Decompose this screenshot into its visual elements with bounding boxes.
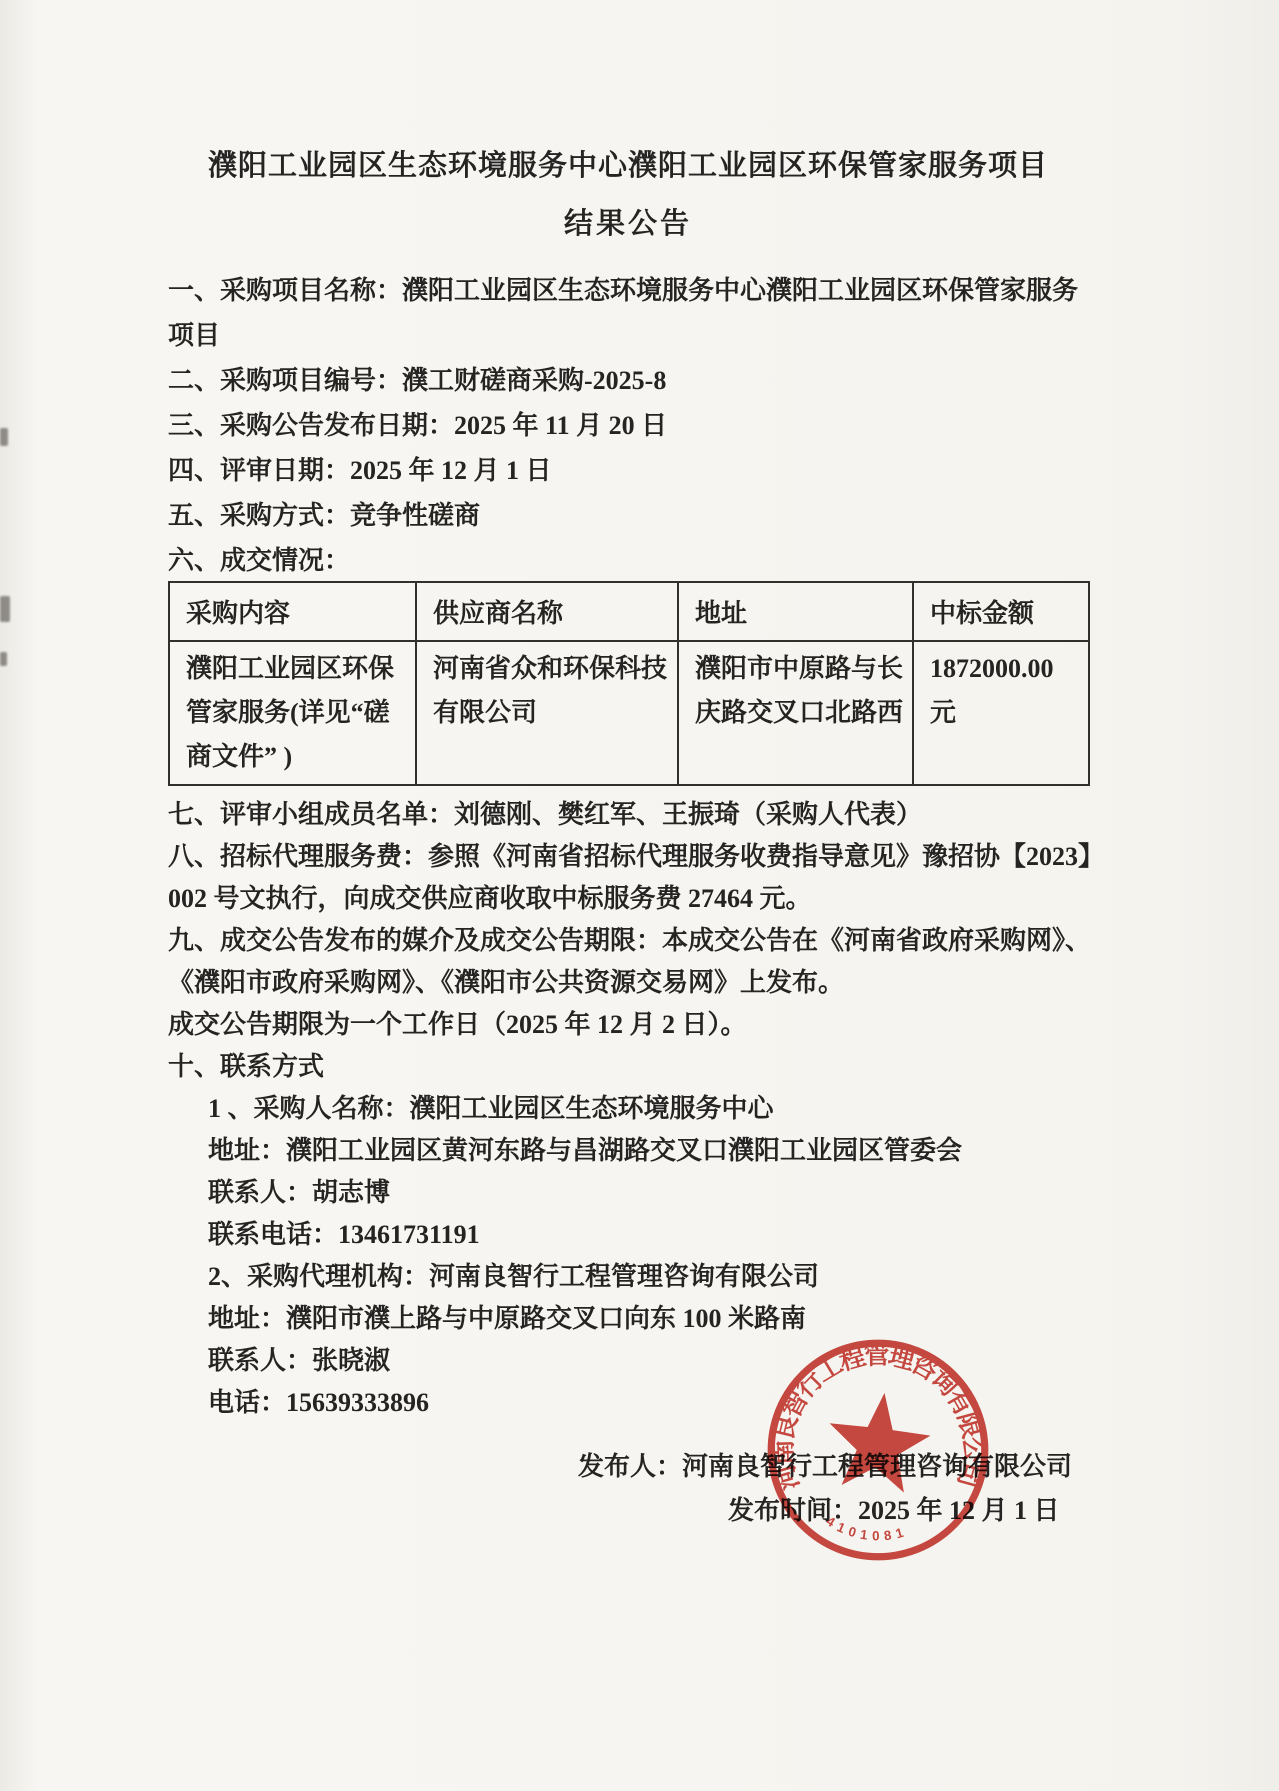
document-line: 八、招标代理服务费：参照《河南省招标代理服务收费指导意见》豫招协【2023】: [168, 836, 1088, 878]
document-line: 六、成交情况：: [168, 538, 1088, 583]
table-column-header: 供应商名称: [416, 582, 678, 641]
body-section-top: 一、采购项目名称：濮阳工业园区生态环境服务中心濮阳工业园区环保管家服务项目二、采…: [168, 268, 1088, 583]
scan-artifact: [0, 596, 10, 622]
document-line: 四、评审日期：2025 年 12 月 1 日: [168, 448, 1088, 493]
document-line: 三、采购公告发布日期：2025 年 11 月 20 日: [168, 403, 1088, 448]
document-title: 濮阳工业园区生态环境服务中心濮阳工业园区环保管家服务项目: [168, 146, 1088, 186]
document-line: 《濮阳市政府采购网》、《濮阳市公共资源交易网》上发布。: [168, 962, 1088, 1004]
document-line: 一、采购项目名称：濮阳工业园区生态环境服务中心濮阳工业园区环保管家服务: [168, 268, 1088, 313]
document-body: 濮阳工业园区生态环境服务中心濮阳工业园区环保管家服务项目 结果公告 一、采购项目…: [168, 146, 1088, 1424]
scan-artifact: [0, 428, 8, 446]
document-line: 五、采购方式：竞争性磋商: [168, 493, 1088, 538]
table-cell: 濮阳工业园区环保管家服务(详见“磋商文件” ): [169, 641, 416, 785]
document-line: 二、采购项目编号：濮工财磋商采购-2025-8: [168, 358, 1088, 403]
document-subtitle: 结果公告: [168, 204, 1088, 244]
document-line: 联系人：胡志博: [168, 1172, 1088, 1214]
document-line: 地址：濮阳工业园区黄河东路与昌湖路交叉口濮阳工业园区管委会: [168, 1130, 1088, 1172]
scanned-announcement-page: 濮阳工业园区生态环境服务中心濮阳工业园区环保管家服务项目 结果公告 一、采购项目…: [0, 0, 1279, 1791]
document-line: 十、联系方式: [168, 1046, 1088, 1088]
document-line: 电话：15639333896: [168, 1382, 1088, 1424]
document-line: 九、成交公告发布的媒介及成交公告期限：本成交公告在《河南省政府采购网》、: [168, 920, 1088, 962]
document-line: 联系人：张晓淑: [168, 1340, 1088, 1382]
table-row: 濮阳工业园区环保管家服务(详见“磋商文件” )河南省众和环保科技有限公司濮阳市中…: [169, 641, 1089, 785]
document-line: 2、采购代理机构：河南良智行工程管理咨询有限公司: [168, 1256, 1088, 1298]
document-line: 七、评审小组成员名单：刘德刚、樊红军、王振琦（采购人代表）: [168, 794, 1088, 836]
award-result-table: 采购内容供应商名称地址中标金额 濮阳工业园区环保管家服务(详见“磋商文件” )河…: [168, 581, 1090, 786]
document-line: 联系电话：13461731191: [168, 1214, 1088, 1256]
table-cell: 1872000.00 元: [913, 641, 1089, 785]
table-header-row: 采购内容供应商名称地址中标金额: [169, 582, 1089, 641]
scan-artifact: [0, 652, 7, 666]
document-line: 地址：濮阳市濮上路与中原路交叉口向东 100 米路南: [168, 1298, 1088, 1340]
table-column-header: 地址: [678, 582, 913, 641]
body-section-bottom: 七、评审小组成员名单：刘德刚、樊红军、王振琦（采购人代表）八、招标代理服务费：参…: [168, 794, 1088, 1424]
table-column-header: 采购内容: [169, 582, 416, 641]
table-column-header: 中标金额: [913, 582, 1089, 641]
publish-date-line: 发布时间：2025 年 12 月 1 日: [728, 1490, 1060, 1527]
document-line: 成交公告期限为一个工作日（2025 年 12 月 2 日）。: [168, 1004, 1088, 1046]
document-line: 002 号文执行，向成交供应商收取中标服务费 27464 元。: [168, 878, 1088, 920]
document-line: 1 、采购人名称：濮阳工业园区生态环境服务中心: [168, 1088, 1088, 1130]
table-cell: 河南省众和环保科技有限公司: [416, 641, 678, 785]
document-line: 项目: [168, 313, 1088, 358]
publisher-name-line: 发布人：河南良智行工程管理咨询有限公司: [578, 1446, 1072, 1483]
table-cell: 濮阳市中原路与长庆路交叉口北路西: [678, 641, 913, 785]
